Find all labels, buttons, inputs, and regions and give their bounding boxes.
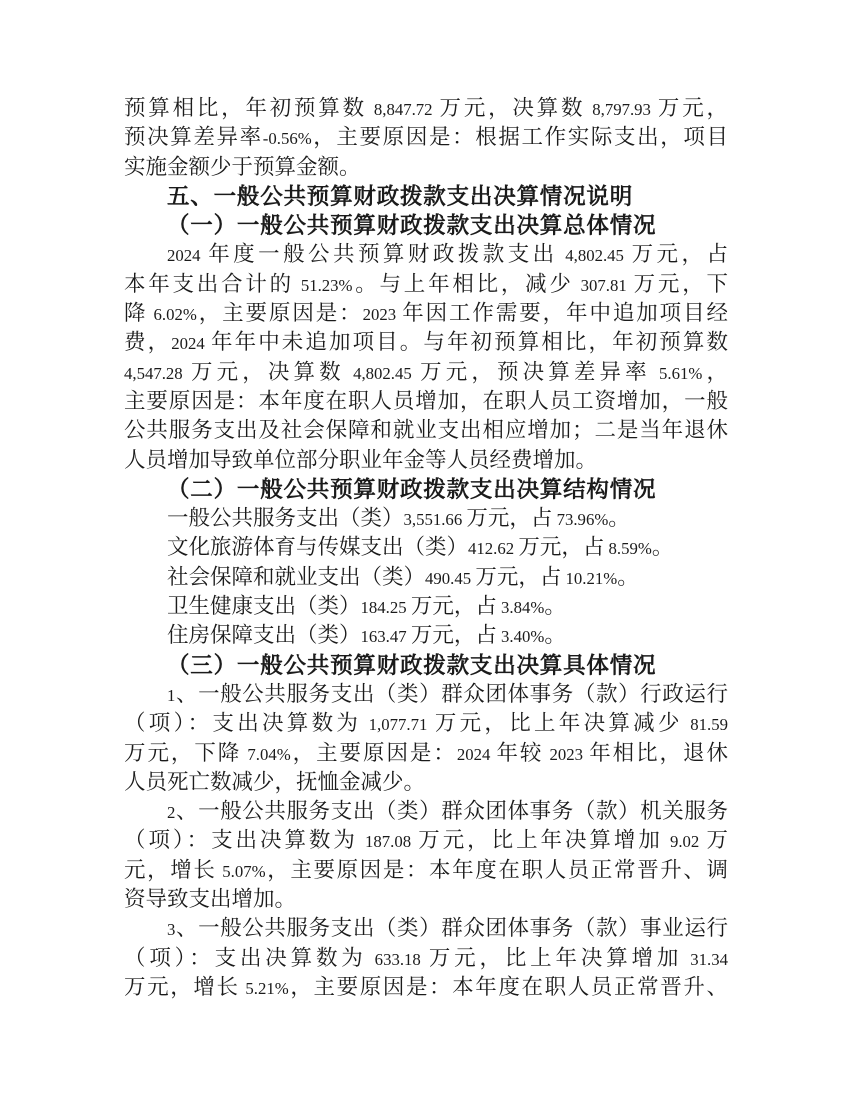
- text-line: 卫生健康支出（类）184.25 万元，占 3.84%。: [124, 592, 728, 621]
- text-line: 元，增长 5.07%，主要原因是：本年度在职人员正常晋升、调: [124, 856, 728, 885]
- document-body: 预算相比，年初预算数 8,847.72 万元，决算数 8,797.93 万元，预…: [124, 94, 728, 1002]
- text-line: 2、一般公共服务支出（类）群众团体事务（款）机关服务: [124, 797, 728, 826]
- latin-run: 2: [167, 803, 175, 822]
- text-line: 人员死亡数减少，抚恤金减少。: [124, 768, 728, 797]
- text-line: 人员增加导致单位部分职业年金等人员经费增加。: [124, 446, 728, 475]
- latin-run: 4,802.45: [558, 246, 632, 265]
- latin-run: 187.08: [358, 832, 418, 851]
- latin-run: 6.02%: [147, 305, 196, 324]
- latin-run: 4,547.28: [124, 364, 191, 383]
- section-heading: （三）一般公共预算财政拨款支出决算具体情况: [124, 651, 728, 680]
- text-line: 社会保障和就业支出（类）490.45 万元，占 10.21%。: [124, 563, 728, 592]
- text-line: 2024 年度一般公共预算财政拨款支出 4,802.45 万元，占: [124, 240, 728, 269]
- section-heading: （二）一般公共预算财政拨款支出决算结构情况: [124, 475, 728, 504]
- latin-run: 2023: [543, 745, 589, 764]
- document-page: 预算相比，年初预算数 8,847.72 万元，决算数 8,797.93 万元，预…: [0, 0, 850, 1100]
- latin-run: 8.59%: [604, 539, 652, 558]
- text-line: 公共服务支出及社会保障和就业支出相应增加；二是当年退休: [124, 416, 728, 445]
- text-line: 本年支出合计的 51.23%。与上年相比，减少 307.81 万元，下: [124, 270, 728, 299]
- latin-run: 3: [167, 920, 175, 939]
- latin-run: 4,802.45: [345, 364, 420, 383]
- text-line: 主要原因是：本年度在职人员增加，在职人员工资增加，一般: [124, 387, 728, 416]
- latin-run: 8,847.72: [367, 100, 440, 119]
- text-line: 万元，下降 7.04%，主要原因是：2024 年较 2023 年相比，退休: [124, 739, 728, 768]
- text-line: 万元，增长 5.21%，主要原因是：本年度在职人员正常晋升、: [124, 973, 728, 1002]
- text-line: 实施金额少于预算金额。: [124, 153, 728, 182]
- latin-run: 412.62: [468, 539, 518, 558]
- text-line: （项）：支出决算数为 187.08 万元，比上年决算增加 9.02 万: [124, 826, 728, 855]
- latin-run: 3,551.66: [404, 510, 467, 529]
- latin-run: 2024: [167, 246, 208, 265]
- latin-run: 184.25: [361, 598, 411, 617]
- latin-run: 633.18: [367, 950, 429, 969]
- latin-run: 81.59: [683, 715, 728, 734]
- latin-run: 51.23%: [294, 276, 353, 295]
- latin-run: 10.21%: [561, 569, 617, 588]
- text-line: 费，2024 年年中未追加项目。与年初预算相比，年初预算数: [124, 328, 728, 357]
- latin-run: 1: [167, 686, 175, 705]
- latin-run: -0.56%: [263, 129, 312, 148]
- text-line: 一般公共服务支出（类）3,551.66 万元，占 73.96%。: [124, 504, 728, 533]
- latin-run: 307.81: [574, 276, 634, 295]
- latin-run: 3.84%: [497, 598, 545, 617]
- latin-run: 8,797.93: [585, 100, 658, 119]
- text-line: 4,547.28 万元，决算数 4,802.45 万元，预决算差异率 5.61%…: [124, 358, 728, 387]
- text-line: 降 6.02%，主要原因是：2023 年因工作需要，年中追加项目经: [124, 299, 728, 328]
- text-line: 资导致支出增加。: [124, 885, 728, 914]
- latin-run: 31.34: [682, 950, 728, 969]
- text-line: 预决算差异率-0.56%，主要原因是：根据工作实际支出，项目: [124, 123, 728, 152]
- latin-run: 163.47: [361, 627, 411, 646]
- latin-run: 5.21%: [240, 979, 289, 998]
- latin-run: 73.96%: [552, 510, 608, 529]
- latin-run: 9.02: [663, 832, 707, 851]
- text-line: （项）：支出决算数为 1,077.71 万元，比上年决算减少 81.59: [124, 709, 728, 738]
- latin-run: 5.07%: [216, 862, 265, 881]
- section-heading: 五、一般公共预算财政拨款支出决算情况说明: [124, 182, 728, 211]
- text-line: 1、一般公共服务支出（类）群众团体事务（款）行政运行: [124, 680, 728, 709]
- latin-run: 5.61%: [651, 364, 703, 383]
- text-line: 文化旅游体育与传媒支出（类）412.62 万元，占 8.59%。: [124, 533, 728, 562]
- latin-run: 7.04%: [241, 745, 290, 764]
- latin-run: 1,077.71: [361, 715, 435, 734]
- text-line: （项）：支出决算数为 633.18 万元，比上年决算增加 31.34: [124, 944, 728, 973]
- latin-run: 2023: [363, 305, 403, 324]
- latin-run: 3.40%: [497, 627, 545, 646]
- latin-run: 490.45: [425, 569, 475, 588]
- latin-run: 2024: [171, 334, 211, 353]
- text-line: 3、一般公共服务支出（类）群众团体事务（款）事业运行: [124, 914, 728, 943]
- text-line: 预算相比，年初预算数 8,847.72 万元，决算数 8,797.93 万元，: [124, 94, 728, 123]
- latin-run: 2024: [457, 745, 497, 764]
- text-line: 住房保障支出（类）163.47 万元，占 3.40%。: [124, 621, 728, 650]
- section-heading: （一）一般公共预算财政拨款支出决算总体情况: [124, 211, 728, 240]
